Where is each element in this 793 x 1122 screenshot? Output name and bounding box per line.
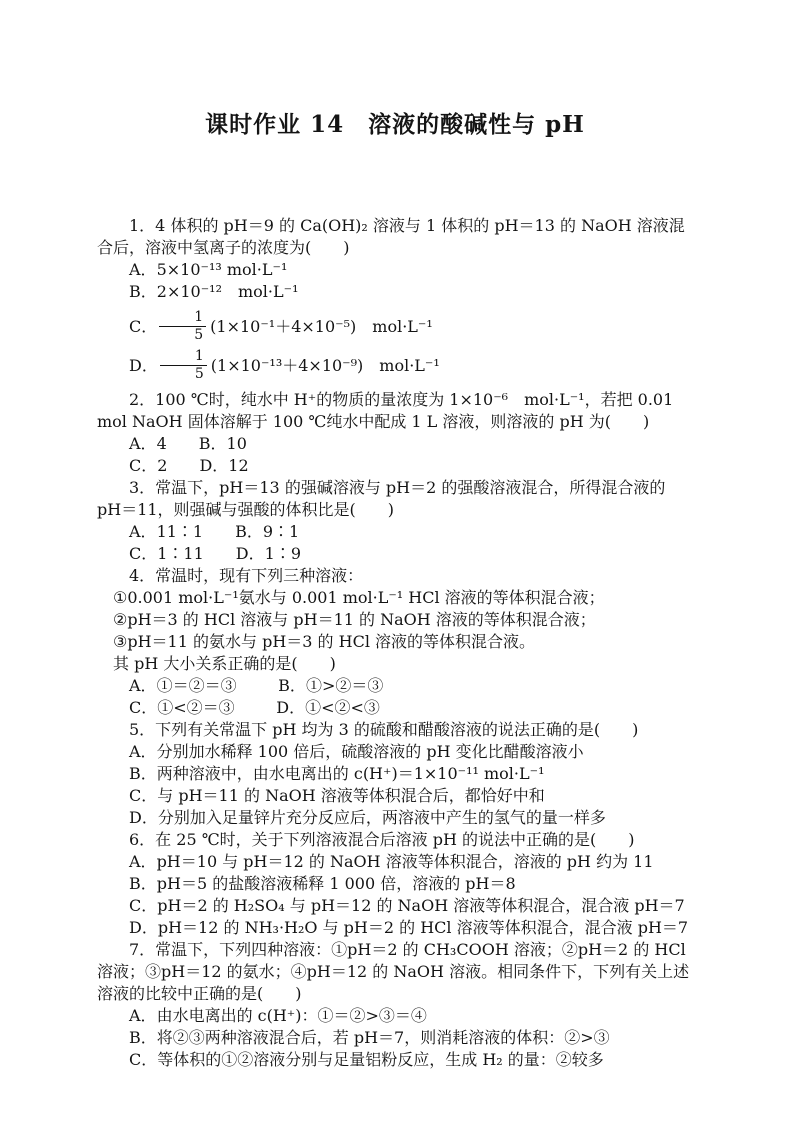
option-a: A．11∶1: [129, 522, 203, 541]
option-c: C．pH＝2 的 H₂SO₄ 与 pH＝12 的 NaOH 溶液等体积混合，混合…: [129, 896, 685, 915]
option-a: A．分别加水稀释 100 倍后，硫酸溶液的 pH 变化比醋酸溶液小: [129, 742, 584, 761]
option-text: ①<②<③: [305, 698, 380, 717]
option-c: C．①<②＝③: [129, 698, 235, 717]
option-text: 1∶11: [157, 544, 204, 563]
option-text: (1×10⁻¹＋4×10⁻⁵) mol·L⁻¹: [210, 317, 433, 336]
option-label: A．: [129, 522, 157, 541]
option-text: 与 pH＝11 的 NaOH 溶液等体积混合后，都恰好中和: [157, 786, 545, 805]
option-text: 由水电离出的 c(H⁺)：①＝②>③＝④: [157, 1006, 427, 1025]
worksheet-page: 课时作业 14 溶液的酸碱性与 pH 1．4 体积的 pH＝9 的 Ca(OH)…: [0, 0, 793, 1122]
option-a: A．4: [129, 434, 167, 453]
question-2: 2．100 ℃时，纯水中 H⁺的物质的量浓度为 1×10⁻⁶ mol·L⁻¹，若…: [97, 389, 693, 477]
question-1: 1．4 体积的 pH＝9 的 Ca(OH)₂ 溶液与 1 体积的 pH＝13 的…: [97, 215, 693, 382]
option-text: 10: [227, 434, 247, 453]
fraction-numerator: 1: [160, 349, 207, 365]
option-label: A．: [129, 852, 157, 871]
question-6: 6．在 25 ℃时，关于下列溶液混合后溶液 pH 的说法中正确的是( ) A．p…: [97, 829, 693, 939]
option-text: ①<②＝③: [157, 698, 234, 717]
option-label: B．: [235, 522, 263, 541]
option-b: B．pH＝5 的盐酸溶液稀释 1 000 倍，溶液的 pH＝8: [129, 874, 516, 893]
option-row: C．15(1×10⁻¹＋4×10⁻⁵) mol·L⁻¹: [97, 310, 693, 342]
option-label: C．: [129, 698, 157, 717]
page-title: 课时作业 14 溶液的酸碱性与 pH: [97, 106, 693, 139]
option-label: C．: [129, 544, 157, 563]
option-label: C．: [129, 456, 157, 475]
question-stem: 1．4 体积的 pH＝9 的 Ca(OH)₂ 溶液与 1 体积的 pH＝13 的…: [97, 215, 693, 259]
option-c: C．1∶11: [129, 544, 204, 563]
option-label: C．: [129, 896, 157, 915]
option-text: 5×10⁻¹³ mol·L⁻¹: [157, 260, 288, 279]
option-b: B．将②③两种溶液混合后，若 pH＝7，则消耗溶液的体积：②>③: [129, 1028, 610, 1047]
option-text: pH＝10 与 pH＝12 的 NaOH 溶液等体积混合，溶液的 pH 约为 1…: [157, 852, 654, 871]
option-text: (1×10⁻¹³＋4×10⁻⁹) mol·L⁻¹: [211, 356, 440, 375]
option-a: A．①＝②＝③: [129, 676, 237, 695]
option-c: C．15(1×10⁻¹＋4×10⁻⁵) mol·L⁻¹: [129, 317, 433, 336]
option-b: B．10: [199, 434, 247, 453]
option-label: B．: [129, 282, 157, 301]
option-label: C．: [129, 317, 157, 336]
question-subitem-3: ③pH＝11 的氨水与 pH＝3 的 HCl 溶液的等体积混合液。: [97, 631, 693, 653]
option-row: A．由水电离出的 c(H⁺)：①＝②>③＝④: [97, 1005, 693, 1027]
option-b: B．2×10⁻¹² mol·L⁻¹: [129, 282, 298, 301]
option-label: D．: [199, 456, 228, 475]
question-3: 3．常温下，pH＝13 的强碱溶液与 pH＝2 的强酸溶液混合，所得混合液的 p…: [97, 477, 693, 565]
option-text: pH＝5 的盐酸溶液稀释 1 000 倍，溶液的 pH＝8: [157, 874, 516, 893]
option-label: C．: [129, 786, 157, 805]
option-text: ①＝②＝③: [157, 676, 237, 695]
option-text: 分别加入足量锌片充分反应后，两溶液中产生的氢气的量一样多: [158, 808, 606, 827]
option-row: A．分别加水稀释 100 倍后，硫酸溶液的 pH 变化比醋酸溶液小: [97, 741, 693, 763]
option-row: A．5×10⁻¹³ mol·L⁻¹: [97, 259, 693, 281]
option-row: D．pH＝12 的 NH₃·H₂O 与 pH＝2 的 HCl 溶液等体积混合，混…: [97, 917, 693, 939]
option-text: pH＝12 的 NH₃·H₂O 与 pH＝2 的 HCl 溶液等体积混合，混合液…: [158, 918, 688, 937]
option-text: 9∶1: [263, 522, 299, 541]
option-label: A．: [129, 742, 157, 761]
fraction: 15: [160, 349, 207, 381]
option-label: A．: [129, 434, 157, 453]
question-5: 5．下列有关常温下 pH 均为 3 的硫酸和醋酸溶液的说法正确的是( ) A．分…: [97, 719, 693, 829]
option-label: D．: [129, 356, 158, 375]
option-text: 分别加水稀释 100 倍后，硫酸溶液的 pH 变化比醋酸溶液小: [157, 742, 584, 761]
option-d: D．①<②<③: [276, 698, 380, 717]
option-row: B．pH＝5 的盐酸溶液稀释 1 000 倍，溶液的 pH＝8: [97, 873, 693, 895]
option-row: C．1∶11D．1∶9: [97, 543, 693, 565]
option-a: A．pH＝10 与 pH＝12 的 NaOH 溶液等体积混合，溶液的 pH 约为…: [129, 852, 654, 871]
option-b: B．①>②＝③: [278, 676, 383, 695]
option-row: B．2×10⁻¹² mol·L⁻¹: [97, 281, 693, 303]
option-label: B．: [129, 764, 157, 783]
question-stem: 4．常温时，现有下列三种溶液：: [97, 565, 693, 587]
question-stem: 6．在 25 ℃时，关于下列溶液混合后溶液 pH 的说法中正确的是( ): [97, 829, 693, 851]
option-row: C．等体积的①②溶液分别与足量铝粉反应，生成 H₂ 的量：②较多: [97, 1049, 693, 1071]
option-label: B．: [199, 434, 227, 453]
question-stem: 5．下列有关常温下 pH 均为 3 的硫酸和醋酸溶液的说法正确的是( ): [97, 719, 693, 741]
option-label: C．: [129, 1050, 157, 1069]
option-text: 11∶1: [157, 522, 204, 541]
option-b: B．9∶1: [235, 522, 299, 541]
option-a: A．由水电离出的 c(H⁺)：①＝②>③＝④: [129, 1006, 427, 1025]
option-label: B．: [129, 1028, 157, 1047]
fraction: 15: [159, 310, 206, 342]
option-label: D．: [276, 698, 305, 717]
question-stem: 2．100 ℃时，纯水中 H⁺的物质的量浓度为 1×10⁻⁶ mol·L⁻¹，若…: [97, 389, 693, 433]
option-row: D．15(1×10⁻¹³＋4×10⁻⁹) mol·L⁻¹: [97, 349, 693, 381]
option-row: B．将②③两种溶液混合后，若 pH＝7，则消耗溶液的体积：②>③: [97, 1027, 693, 1049]
option-row: C．pH＝2 的 H₂SO₄ 与 pH＝12 的 NaOH 溶液等体积混合，混合…: [97, 895, 693, 917]
option-c: C．2: [129, 456, 167, 475]
fraction-denominator: 5: [159, 326, 206, 343]
option-c: C．等体积的①②溶液分别与足量铝粉反应，生成 H₂ 的量：②较多: [129, 1050, 604, 1069]
option-text: 2×10⁻¹² mol·L⁻¹: [157, 282, 299, 301]
fraction-numerator: 1: [159, 310, 206, 326]
option-label: B．: [129, 874, 157, 893]
option-text: 2: [157, 456, 167, 475]
option-d: D．12: [199, 456, 248, 475]
option-row: C．2D．12: [97, 455, 693, 477]
option-row: A．①＝②＝③B．①>②＝③: [97, 675, 693, 697]
option-d: D．1∶9: [236, 544, 301, 563]
option-text: pH＝2 的 H₂SO₄ 与 pH＝12 的 NaOH 溶液等体积混合，混合液 …: [157, 896, 684, 915]
option-text: 12: [228, 456, 248, 475]
option-text: 将②③两种溶液混合后，若 pH＝7，则消耗溶液的体积：②>③: [157, 1028, 610, 1047]
option-b: B．两种溶液中，由水电离出的 c(H⁺)＝1×10⁻¹¹ mol·L⁻¹: [129, 764, 545, 783]
option-row: B．两种溶液中，由水电离出的 c(H⁺)＝1×10⁻¹¹ mol·L⁻¹: [97, 763, 693, 785]
option-row: C．与 pH＝11 的 NaOH 溶液等体积混合后，都恰好中和: [97, 785, 693, 807]
option-c: C．与 pH＝11 的 NaOH 溶液等体积混合后，都恰好中和: [129, 786, 545, 805]
option-d: D．15(1×10⁻¹³＋4×10⁻⁹) mol·L⁻¹: [129, 356, 440, 375]
question-subitem-2: ②pH＝3 的 HCl 溶液与 pH＝11 的 NaOH 溶液的等体积混合液；: [97, 609, 693, 631]
option-label: A．: [129, 676, 157, 695]
fraction-denominator: 5: [160, 365, 207, 382]
option-row: A．11∶1B．9∶1: [97, 521, 693, 543]
option-row: C．①<②＝③D．①<②<③: [97, 697, 693, 719]
option-a: A．5×10⁻¹³ mol·L⁻¹: [129, 260, 287, 279]
option-row: A．pH＝10 与 pH＝12 的 NaOH 溶液等体积混合，溶液的 pH 约为…: [97, 851, 693, 873]
option-text: 1∶9: [265, 544, 301, 563]
option-d: D．pH＝12 的 NH₃·H₂O 与 pH＝2 的 HCl 溶液等体积混合，混…: [129, 918, 688, 937]
option-row: A．4B．10: [97, 433, 693, 455]
question-7: 7．常温下，下列四种溶液：①pH＝2 的 CH₃COOH 溶液；②pH＝2 的 …: [97, 939, 693, 1071]
option-label: A．: [129, 1006, 157, 1025]
option-text: 两种溶液中，由水电离出的 c(H⁺)＝1×10⁻¹¹ mol·L⁻¹: [157, 764, 545, 783]
option-label: D．: [236, 544, 265, 563]
option-text: 4: [157, 434, 167, 453]
question-4: 4．常温时，现有下列三种溶液： ①0.001 mol·L⁻¹氨水与 0.001 …: [97, 565, 693, 719]
option-label: A．: [129, 260, 157, 279]
question-stem: 3．常温下，pH＝13 的强碱溶液与 pH＝2 的强酸溶液混合，所得混合液的 p…: [97, 477, 693, 521]
option-text: 等体积的①②溶液分别与足量铝粉反应，生成 H₂ 的量：②较多: [157, 1050, 604, 1069]
question-stem-continued: 其 pH 大小关系正确的是( ): [97, 653, 693, 675]
question-stem: 7．常温下，下列四种溶液：①pH＝2 的 CH₃COOH 溶液；②pH＝2 的 …: [97, 939, 693, 1005]
option-row: D．分别加入足量锌片充分反应后，两溶液中产生的氢气的量一样多: [97, 807, 693, 829]
option-label: B．: [278, 676, 306, 695]
question-subitem-1: ①0.001 mol·L⁻¹氨水与 0.001 mol·L⁻¹ HCl 溶液的等…: [97, 587, 693, 609]
option-d: D．分别加入足量锌片充分反应后，两溶液中产生的氢气的量一样多: [129, 808, 606, 827]
option-text: ①>②＝③: [306, 676, 383, 695]
option-label: D．: [129, 808, 158, 827]
option-label: D．: [129, 918, 158, 937]
